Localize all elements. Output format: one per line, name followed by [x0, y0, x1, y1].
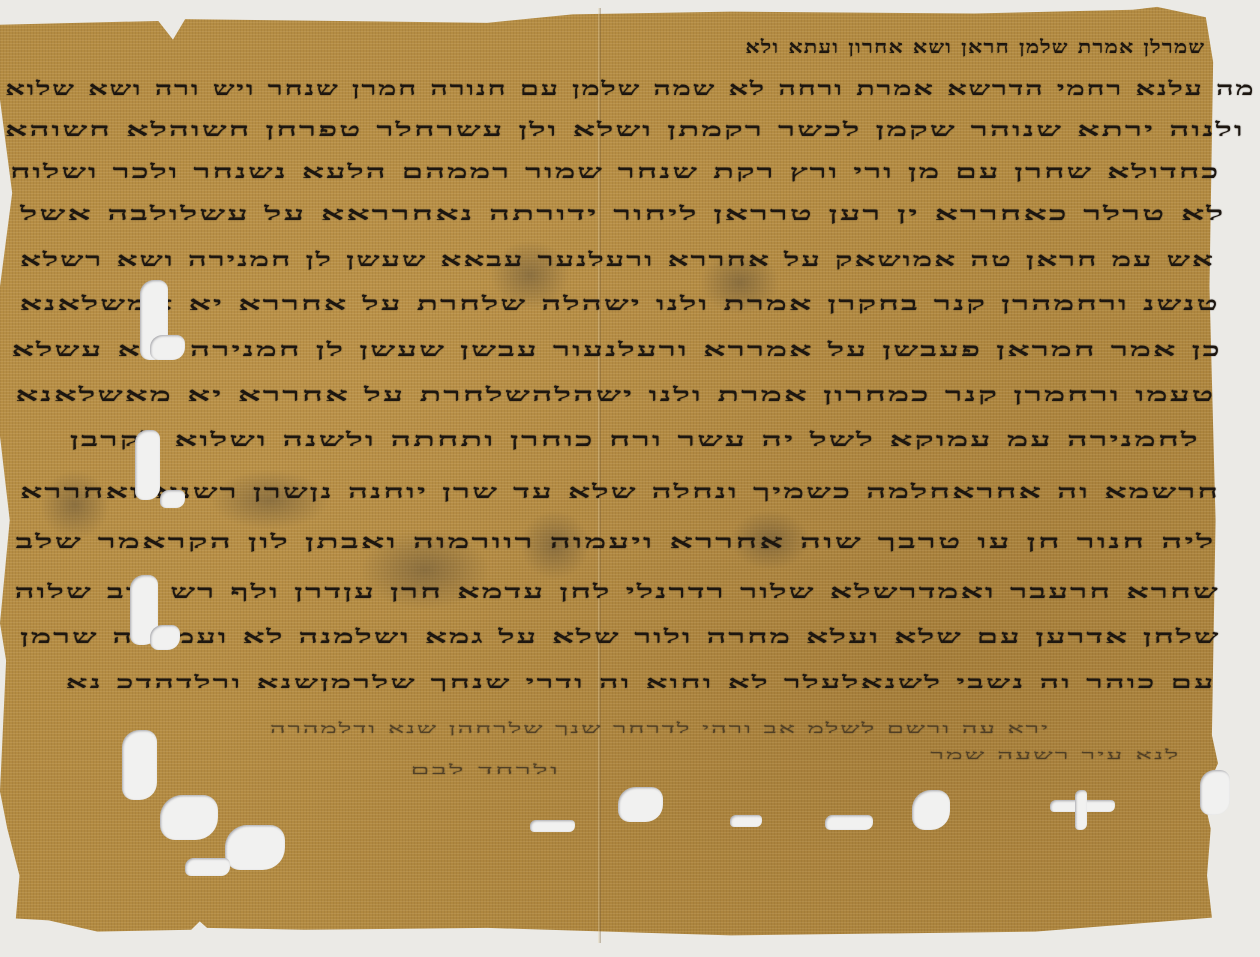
hole — [1200, 770, 1230, 815]
text-line: טנשנ ורחמהרן קנר בחקרן אמרת ולנו ישהלה ש… — [20, 293, 1220, 316]
papyrus-photograph: שמרלן אמרת שלמן חראן ושא אחרון ועתא ולאמ… — [0, 0, 1260, 957]
hole — [825, 815, 873, 830]
hole — [912, 790, 950, 830]
hole — [150, 335, 185, 360]
text-line: טעמו ורחמרן קנר כמחרון אמרת ולנו ישהלהשל… — [15, 384, 1215, 407]
text-line: ירא עה ורשם לשלמ אב ורהי לדרחר שנך שלרחה… — [270, 721, 1050, 738]
text-line: כן אמר חמראן פעבשן על אמררא ורעלנעור עבש… — [12, 339, 1222, 362]
hole — [530, 820, 575, 832]
hole — [185, 858, 230, 876]
text-line: אש עמ חראן טה אמושאק על אחררא ורעלנער עב… — [20, 249, 1215, 272]
hole — [160, 795, 218, 840]
hole — [135, 430, 160, 500]
hole — [1075, 790, 1087, 830]
text-line: עם כוהר וה נשבי לשנאלעלר לא וחוא וה ודרי… — [65, 673, 1215, 693]
text-line: שמרלן אמרת שלמן חראן ושא אחרון ועתא ולא — [745, 37, 1205, 58]
hole — [225, 825, 285, 870]
text-line: לא טרלר כאחררא ין רען טרראן ליחור ידורתה… — [20, 203, 1225, 226]
text-line: מה עלנא רחמי הדרשא אמרת ורחה לא שמה שלמן… — [5, 78, 1255, 101]
hole — [618, 787, 663, 822]
text-line: כחדולא שחרן עם מן ורי ורץ רקת שנחר שמור … — [10, 161, 1220, 184]
text-line: ליה חנור חן עו טרבך שוה אחררא ויעמוה רוו… — [15, 531, 1215, 554]
hole — [122, 730, 157, 800]
text-line: ולנוה ירתא שנוהר שקמן לכשר רקמתן ושלא ול… — [5, 119, 1245, 142]
hole — [160, 490, 185, 508]
text-line: לנא עיר רשעה שמר — [930, 747, 1180, 763]
text-line: ולרחד לבם — [410, 762, 560, 778]
hole — [730, 815, 762, 827]
text-line: לחמנירה עמ עמוקא לשל יה עשר ורח כוחרן ות… — [70, 429, 1200, 452]
text-line: חרשמא וה אחראחלמה כשמיך ונחלה שלא עד שרן… — [20, 481, 1220, 504]
text-line: שלחן אדרען עם שלא ועלא מחרה ולור שלא על … — [20, 626, 1220, 649]
text-line: שחרא חרעבר ואמדרשלא שלור רדרנלי לחן עדמא… — [15, 581, 1220, 604]
hole — [150, 625, 180, 650]
